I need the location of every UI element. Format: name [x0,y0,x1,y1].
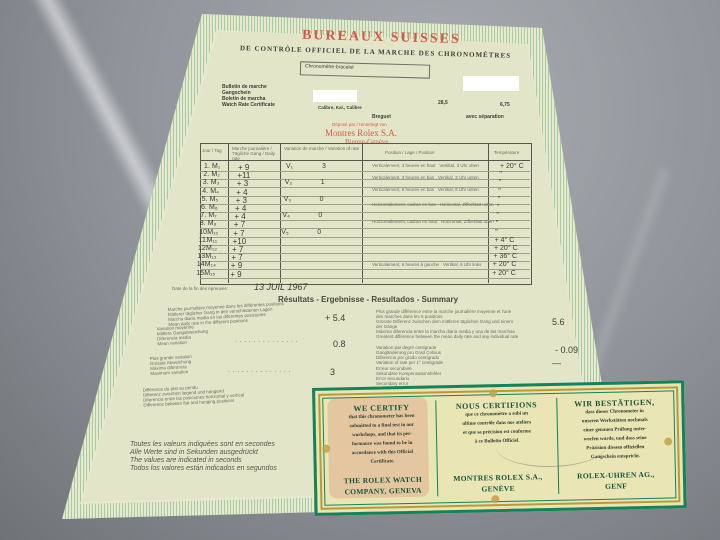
row-position-code: M₁₃ [205,253,216,260]
redacted-case-number [463,76,519,91]
row-day: 3. [203,179,209,186]
row-temperature: " [495,229,498,236]
company-line: COMPANY, GENEVA [331,484,435,497]
result-mean-variation-value: 0.8 [333,339,346,349]
crown-icon [489,389,497,397]
cert-company: THE ROLEX WATCH COMPANY, GENEVA [331,473,435,497]
row-variation-value: 3 [322,163,326,170]
position-6: Verticalement, 6 heures à gauche Vertika… [372,262,481,267]
redacted-serial-number [313,90,357,102]
cert-col-de: WIR BESTÄTIGEN, dass dieser Chronometer … [559,398,671,493]
position-fr: Verticalement, 6 heures à gauche [372,262,439,267]
row-position-code: M₅ [210,196,219,203]
position-2: Verticalement, 3 heures en bas Vertikal,… [372,175,479,180]
result-per-degree-labels: Variation par degré centigrade Gangänder… [376,345,443,365]
row-temperature: + 20° C [492,270,516,277]
results-heading: Résultats - Ergebnisse - Resultados - Su… [278,295,458,304]
row-position-code: M₄ [210,188,219,195]
result-greatest-difference-labels: Plus grande différence entre la marche j… [376,309,518,339]
table-row-rule [200,237,530,238]
end-date-value: 13 JUIL 1967 [254,282,307,292]
position-de: Vertikal, 6 Uhr unten [438,187,479,192]
row-variation-code: V₄ [282,212,290,219]
row-position-code: M₁ [212,163,220,170]
row-position-code: M₁₄ [205,261,216,268]
row-temperature: " [496,212,499,219]
table-row-rule [200,228,530,229]
row-position-code: M₁₂ [206,245,217,252]
footer-note: Toutes les valeurs indiquées sont en sec… [130,441,277,473]
position-1: Verticalement, 3 heures en haut Vertikal… [372,163,479,168]
result-max-variation-labels: Plus grande variation Grösste Abweichung… [150,354,193,376]
result-mean-variation-labels: Variation moyenne Mittlere Gangabweichun… [157,324,209,347]
row-variation-value: 0 [317,229,321,236]
table-row-rule [200,212,530,213]
row-position-code: M₈ [208,220,217,227]
cert-line: Certificate. [330,456,434,467]
crown-icon [491,495,499,503]
position-de: Horizontal, Zifferblatt unten [440,202,494,207]
note-es: Todos los valores están indicados en seg… [130,465,277,473]
note-en: The values are indicated in seconds [130,457,277,465]
rate-table [200,143,532,285]
row-temperature: + 20° C [493,261,517,268]
row-variation-code: V₁ [286,163,293,170]
position-5: Horizontalement, cadran en haut Horizont… [372,219,494,224]
col-head-variation: Variation de marche / Variation of rate [284,146,360,151]
row-variation-code: V₅ [281,229,289,236]
position-de: Vertikal, 3 Uhr unten [438,175,479,180]
row-variation-value: 0 [318,212,322,219]
cert-body: dass dieser Chronometer in unseren Werks… [559,407,670,463]
row-position-code: M₆ [209,204,218,211]
cert-line: à ce Bulletin Officiel. [440,436,554,447]
position-fr: Horizontalement, cadran en bas [372,202,436,207]
position-fr: Verticalement, 6 heures en bas [372,187,434,192]
row-temperature: " [499,179,502,186]
row-day: 7. [200,212,206,219]
row-position-code: M₁₅ [204,270,215,277]
dots: .............. [235,338,300,344]
position-fr: Verticalement, 3 heures en bas [372,175,434,180]
result-secondary-error-labels: Erreur secondaire Sekundäre Kompensation… [376,366,441,386]
spiral-type: Breguet [372,114,391,120]
movement-label: Calibre, Kal., Calibre [318,105,362,110]
cert-company: MONTRES ROLEX S.A., GENÈVE [441,471,555,495]
table-row-rule [200,196,530,197]
table-row-rule [200,179,530,180]
row-day: 6. [201,204,207,211]
company-line: GENF [561,480,671,493]
row-variation-code: V₃ [284,196,292,203]
row-temperature: + 36° C [493,253,517,260]
table-row-rule [200,269,530,270]
row-day: 5. [202,196,208,203]
cert-line: Gangschein entspricht. [560,452,670,463]
row-position-code: M₁₀ [207,229,218,236]
row-variation-value: 1 [321,179,325,186]
position-fr: Verticalement, 3 heures en haut [372,163,436,168]
position-3: Verticalement, 6 heures en bas Vertikal,… [372,187,479,192]
col-head-day: Jour / Tag [202,148,228,153]
rolex-certification-card: WE CERTIFY that this chronometer has bee… [312,380,687,516]
table-row-rule [200,253,530,254]
result-per-degree-value: - 0.09 [555,345,578,355]
spiral-right: avec séparation [466,114,504,120]
row-variation-code: V₂ [285,179,292,186]
cert-body: que ce chronomètre a subi un ultime cont… [440,409,555,447]
result-greatest-difference-value: 5.6 [552,317,565,327]
position-de: Horizontal, Zifferblatt oben [441,219,494,224]
row-temperature: + 4° C [495,237,515,244]
row-temperature: + 20° C [500,163,524,170]
value-mm: 28,5 [438,100,448,106]
table-row-rule [200,187,530,188]
position-de: Vertikal, 3 Uhr oben [439,163,479,168]
row-position-code: M₂ [211,171,220,178]
end-date-label: Date de la fin des épreuves: [172,286,228,291]
position-fr: Horizontalement, cadran en haut [372,219,437,224]
position-de: Vertikal, 6 Uhr links [443,262,482,267]
depositor-name: Montres Rolex S.A. [325,128,397,138]
row-day: 1. [204,163,210,170]
label-line: Greatest difference between the mean dai… [376,334,518,339]
result-max-variation-value: 3 [330,367,335,377]
row-temperature: " [498,196,501,203]
row-temperature: " [496,220,499,227]
note-de: Alle Werte sind in Sekunden ausgedrückt [130,449,277,457]
row-day: 4. [202,188,208,195]
col-head-rate: Marche journalière / Tägliche Gang / Dai… [232,146,278,161]
note-fr: Toutes les valeurs indiquées sont en sec… [130,441,277,449]
dots: .............. [228,368,293,374]
table-row-rule [200,278,530,279]
row-temperature: + 20° C [494,245,518,252]
row-temperature: " [498,188,501,195]
deposited-by-label: Déposé par / Hinterlegt von [332,122,387,127]
col-head-temp: Température [494,150,519,155]
row-temperature: " [497,204,500,211]
col-head-position: Position / Lage / Position [385,150,435,155]
result-secondary-error-value: — [552,358,561,368]
row-day: 2. [203,171,209,178]
value-right: 6,75 [500,102,510,108]
position-4: Horizontalement, cadran en bas Horizonta… [372,202,494,207]
row-temperature: " [499,171,502,178]
cert-divider [435,400,438,496]
row-day: 8. [200,220,206,227]
bulletin-label: Bulletin de marche Gangschein Boletín de… [222,84,275,108]
row-variation-value: 0 [320,196,324,203]
label-line: Grösste Differenz zwischen dem mittleren… [376,319,518,324]
row-position-code: M₇ [208,212,216,219]
cert-body: that this chronometer has been submitted… [330,411,435,467]
row-position-code: M₁₁ [207,237,218,244]
cert-company: ROLEX-UHREN AG., GENF [561,469,671,493]
result-mean-daily-value: + 5.4 [325,313,345,323]
table-row-rule [200,245,530,246]
cert-col-en: WE CERTIFY that this chronometer has bee… [329,402,435,497]
bulletin-label-en: Watch Rate Certificate [222,102,275,108]
cert-col-fr: NOUS CERTIFIONS que ce chronomètre a sub… [439,400,555,495]
label-line: Variation of rate per 1° centigrade [376,360,443,365]
row-position-code: M₃ [211,179,220,186]
